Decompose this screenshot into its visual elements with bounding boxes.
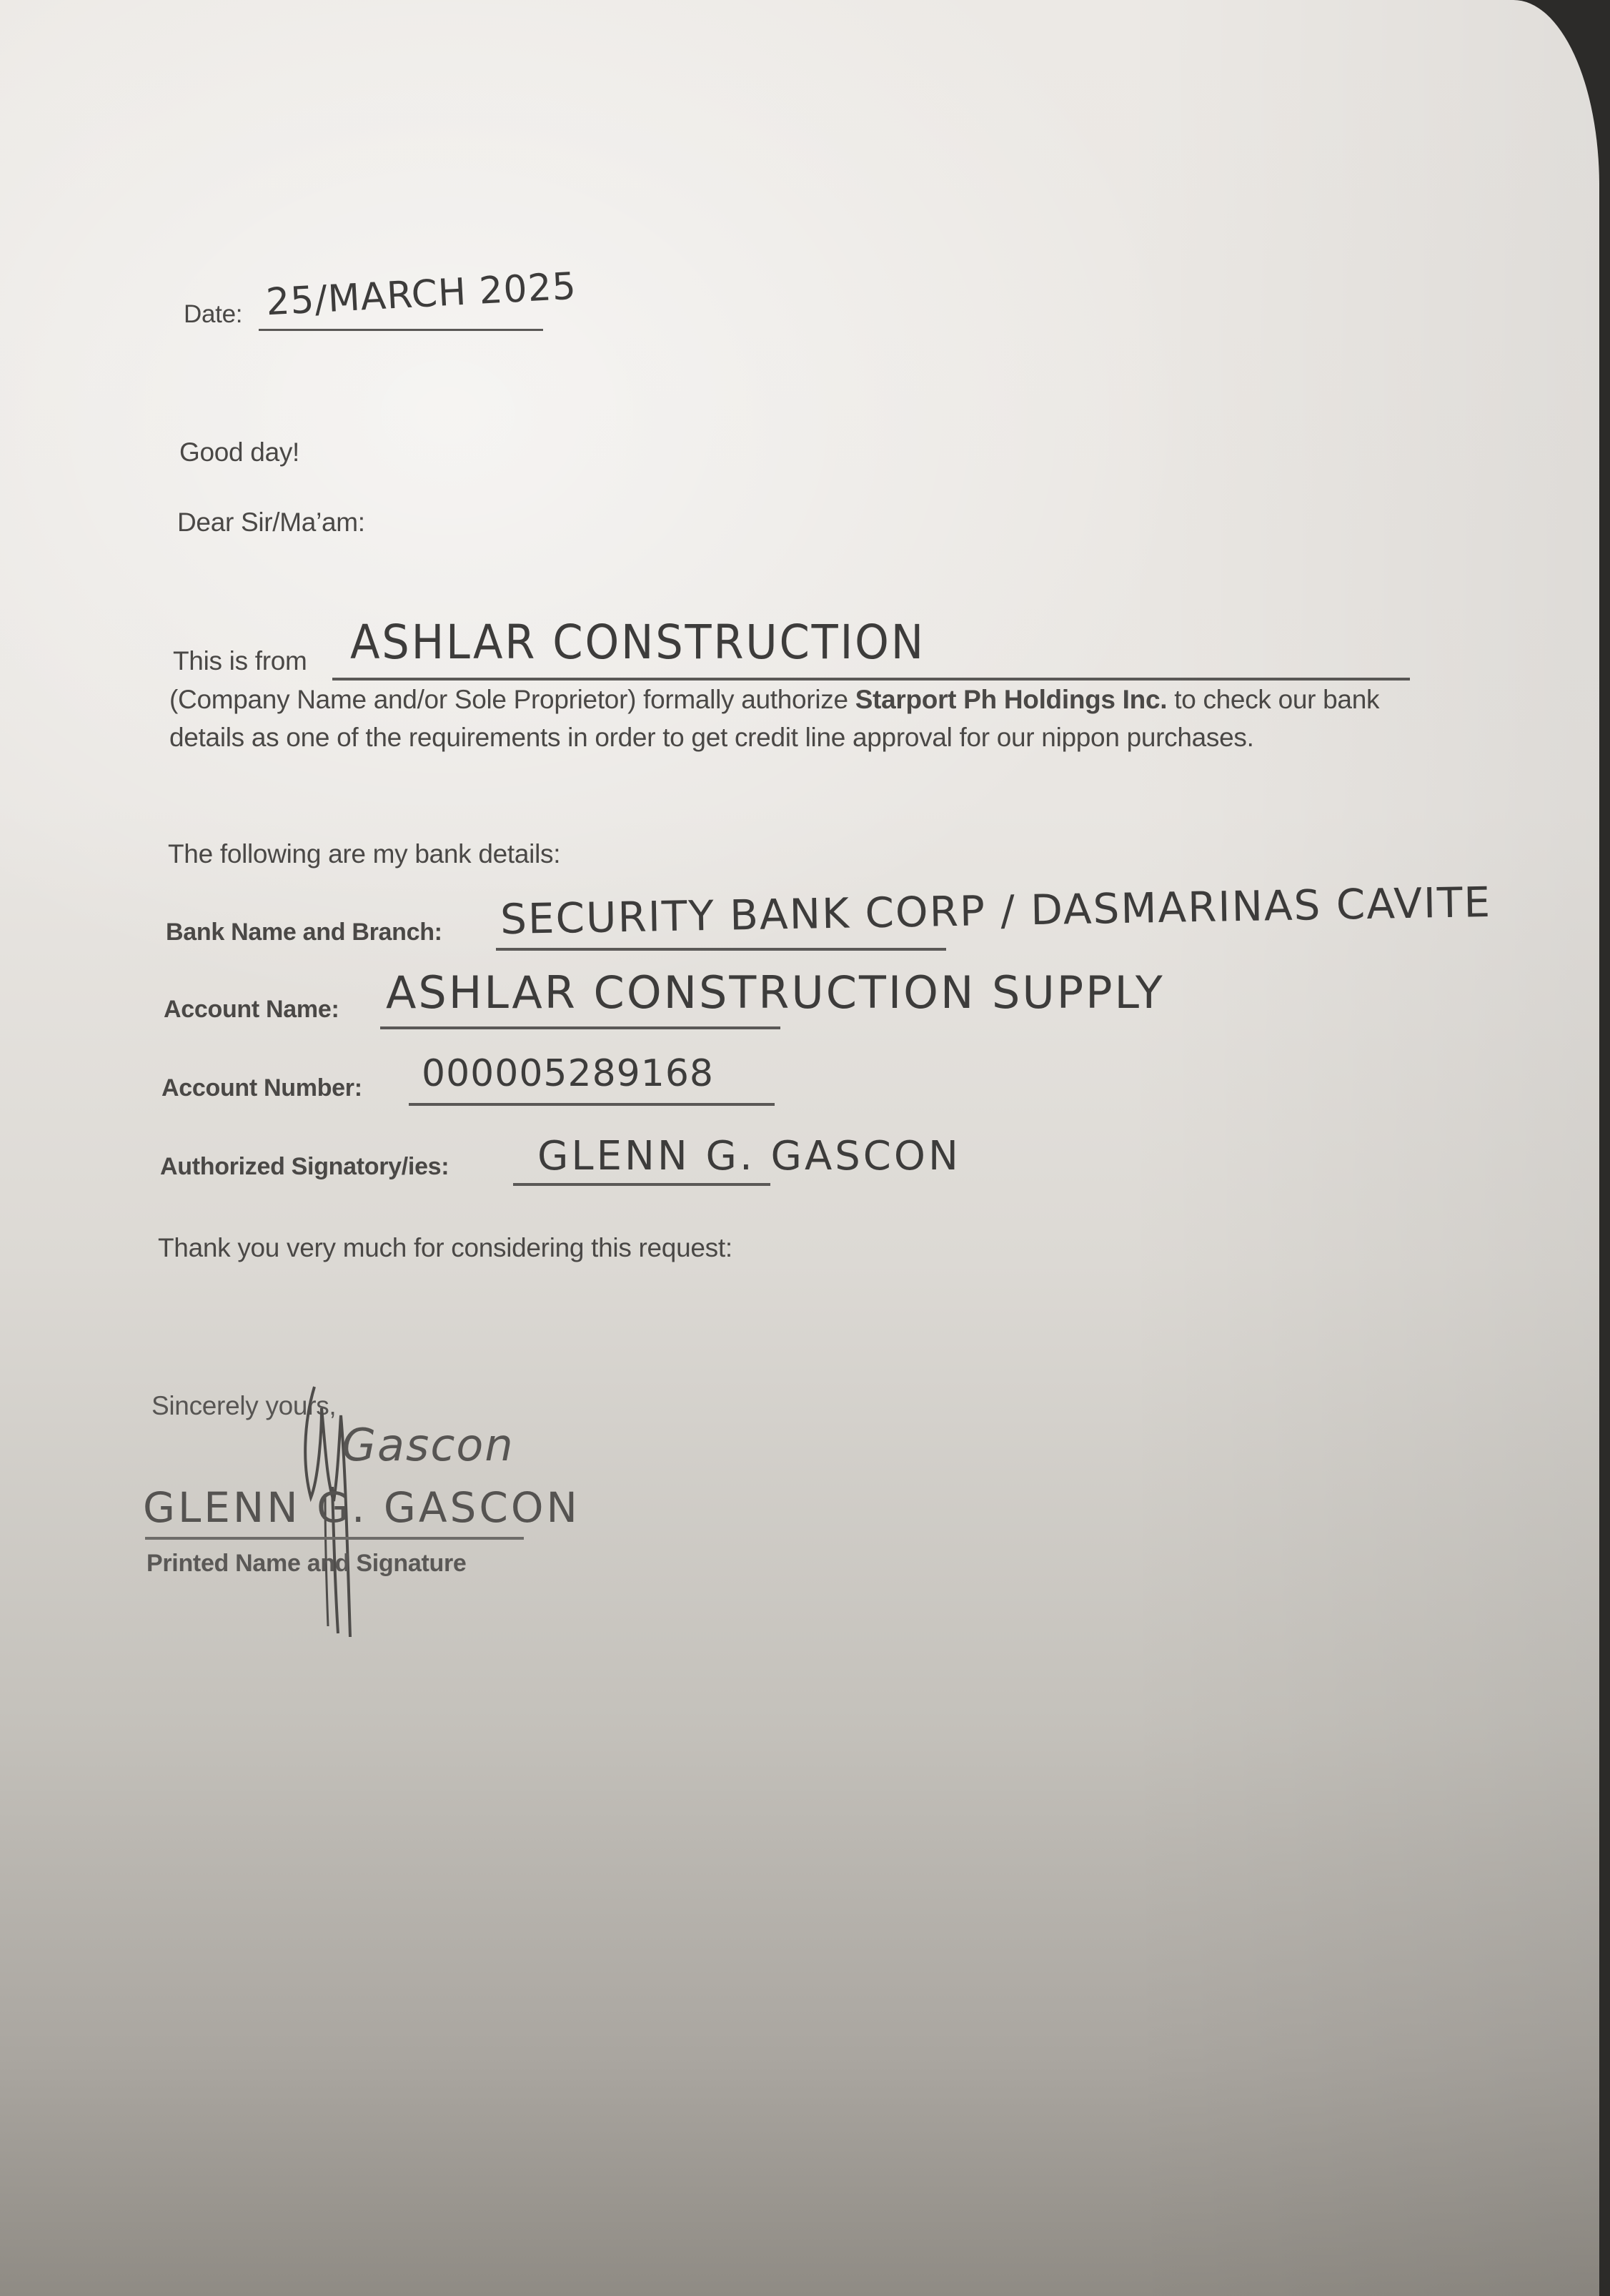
signature-scrawl: Gascon <box>342 1419 515 1471</box>
salutation: Dear Sir/Ma’am: <box>177 508 365 538</box>
signatory-label: Authorized Signatory/ies: <box>160 1153 449 1181</box>
account-number-underline <box>409 1103 775 1106</box>
from-label: This is from <box>173 646 307 676</box>
bank-name-value: SECURITY BANK CORP / DASMARINAS CAVITE <box>500 878 1492 944</box>
signatory-underline <box>513 1183 770 1186</box>
signatory-value: GLENN G. GASCON <box>537 1133 961 1179</box>
company-name: ASHLAR CONSTRUCTION <box>350 615 925 670</box>
account-name-value: ASHLAR CONSTRUCTION SUPPLY <box>386 966 1165 1019</box>
body-text-1: (Company Name and/or Sole Proprietor) fo… <box>169 685 855 714</box>
account-name-label: Account Name: <box>164 996 339 1024</box>
account-number-value: 000005289168 <box>422 1052 714 1095</box>
signature-underline <box>145 1537 524 1540</box>
bank-name-label: Bank Name and Branch: <box>166 919 442 946</box>
authorized-company: Starport Ph Holdings Inc. <box>855 685 1168 714</box>
document-page: Date: 25/MARCH 2025 Good day! Dear Sir/M… <box>0 0 1599 2296</box>
greeting: Good day! <box>179 437 299 467</box>
bank-details-intro: The following are my bank details: <box>168 839 560 869</box>
bank-name-underline <box>496 948 946 951</box>
authorization-paragraph: (Company Name and/or Sole Proprietor) fo… <box>169 681 1434 756</box>
date-underline <box>259 329 543 331</box>
date-label: Date: <box>184 300 242 329</box>
account-name-underline <box>380 1026 780 1029</box>
account-number-label: Account Number: <box>162 1074 362 1102</box>
signature-caption: Printed Name and Signature <box>146 1550 467 1578</box>
date-value: 25/MARCH 2025 <box>265 265 577 325</box>
printed-name: GLENN G. GASCON <box>143 1483 580 1532</box>
thanks-text: Thank you very much for considering this… <box>158 1233 732 1263</box>
